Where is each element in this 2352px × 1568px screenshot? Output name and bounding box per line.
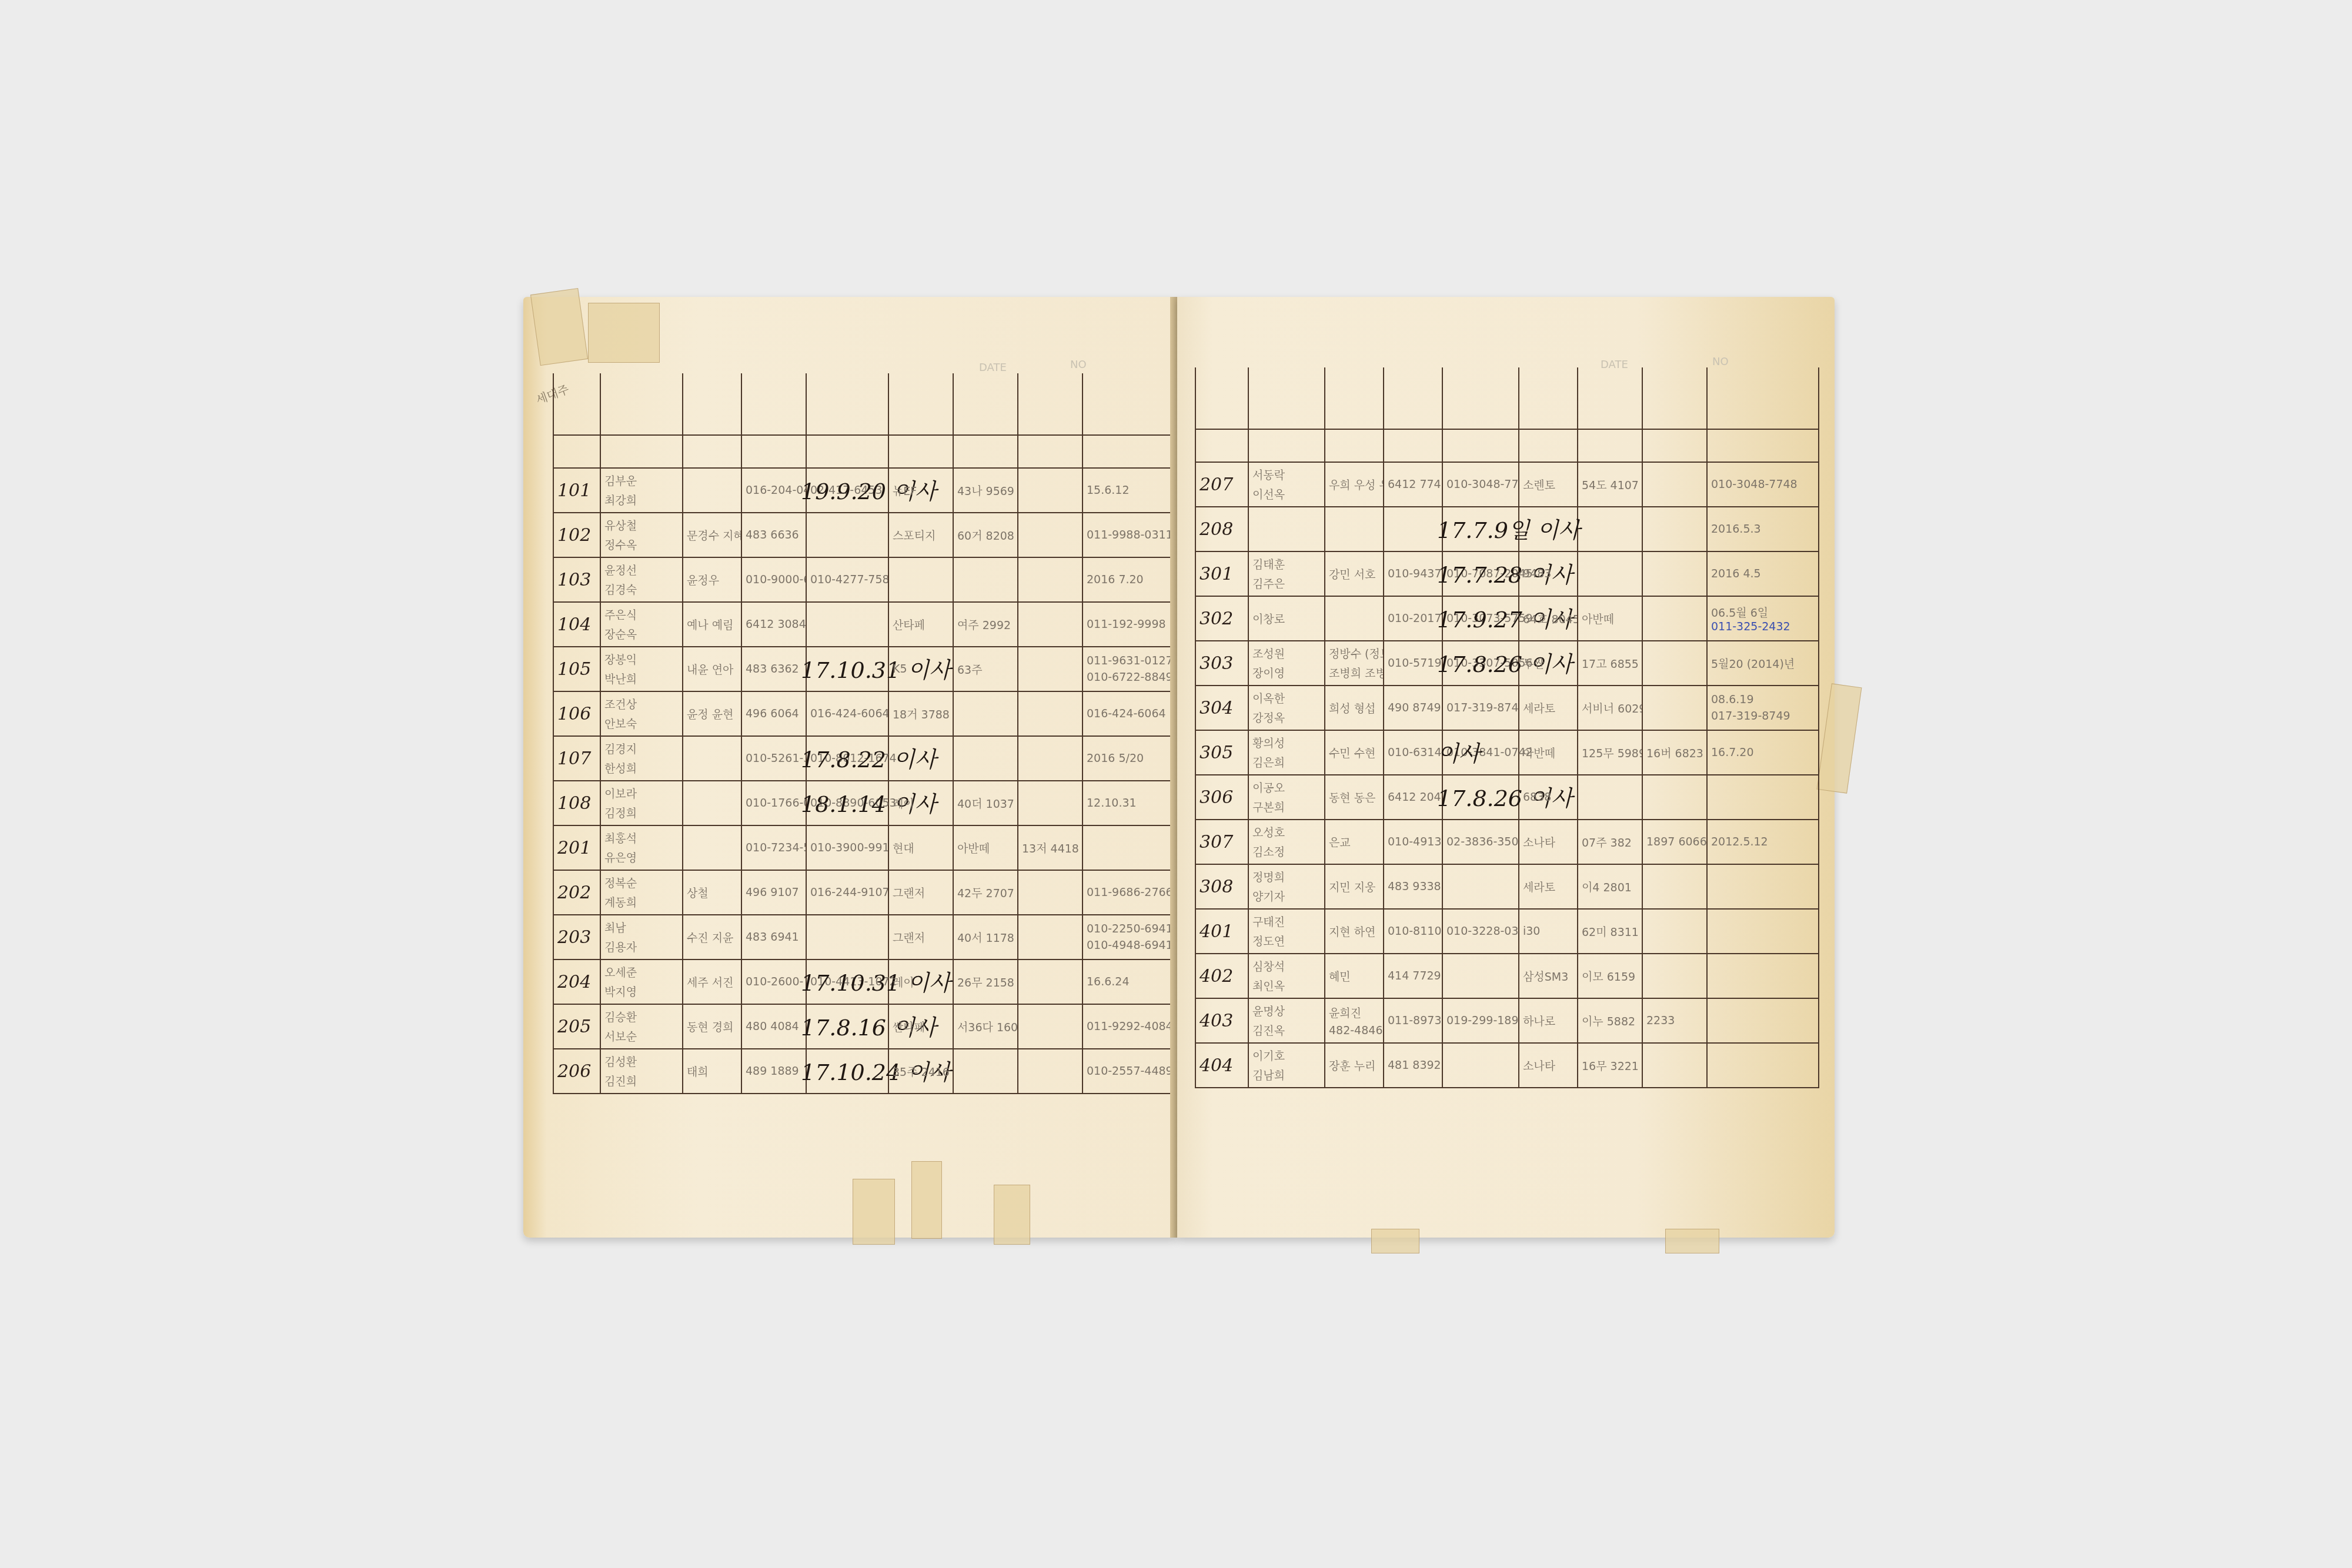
phone-number-2: [806, 513, 888, 557]
resident-names: [1248, 507, 1325, 551]
car-plate-2: [1018, 1049, 1083, 1094]
resident-names: 구태진정도연: [1248, 909, 1325, 954]
table-row: 401구태진정도연지현 하연010-8110-4902010-3228-0361…: [1195, 909, 1819, 954]
car-plate: 40서 1178: [953, 915, 1018, 959]
header-cell: [1642, 429, 1707, 462]
car-model: [888, 557, 953, 602]
phone-number: [1384, 507, 1442, 551]
header-cell: [1325, 429, 1384, 462]
resident-names: 정복순계동희: [600, 870, 683, 915]
unit-number: 207: [1195, 462, 1248, 507]
header-cell: [683, 373, 741, 435]
family-names: 윤정우: [683, 557, 741, 602]
date-or-contact: 08.6.19017-319-8749: [1707, 686, 1819, 730]
family-names: 지현 하연: [1325, 909, 1384, 954]
resident-names: 이보라김정희: [600, 781, 683, 825]
car-model: 세라토: [1519, 686, 1578, 730]
family-names: [683, 468, 741, 513]
printed-no-label: NO: [1712, 356, 1729, 368]
car-plate: 07주 382: [1578, 820, 1642, 864]
table-row: 304이옥한강정옥희성 형섭490 8749017-319-8749세라토서비너…: [1195, 686, 1819, 730]
table-row: 402심창석최인옥혜민414 7729삼성SM3이모 6159: [1195, 954, 1819, 998]
header-cell: [741, 373, 806, 435]
unit-number: 403: [1195, 998, 1248, 1043]
resident-names: 김성환김진희: [600, 1049, 683, 1094]
car-plate: 17고 6855: [1578, 641, 1642, 686]
car-plate: 63주: [953, 647, 1018, 691]
family-names: 윤희진482-4846: [1325, 998, 1384, 1043]
car-plate: 26무 2158 9452: [953, 959, 1018, 1004]
date-or-contact: 2012.5.12: [1707, 820, 1819, 864]
table-row: 207서동락이선옥우희 우성 우석6412 7748010-3048-7748소…: [1195, 462, 1819, 507]
phone-number-2: 02-417-645319.9.20 이사: [806, 468, 888, 513]
unit-number: 105: [553, 647, 600, 691]
car-plate: 이모 6159: [1578, 954, 1642, 998]
car-plate: [953, 1049, 1018, 1094]
resident-names: 이공오구본희: [1248, 775, 1325, 820]
car-plate-2: [1018, 557, 1083, 602]
header-cell: [1519, 429, 1578, 462]
phone-number: 010-4913-2525: [1384, 820, 1442, 864]
phone-number-2: [1442, 954, 1519, 998]
family-names: 예나 예림: [683, 602, 741, 647]
resident-names: 장봉익박난희: [600, 647, 683, 691]
family-names: 수진 지윤: [683, 915, 741, 959]
phone-number: 483 6636: [741, 513, 806, 557]
date-or-contact: 016-424-6064: [1083, 691, 1171, 736]
unit-number: 302: [1195, 596, 1248, 641]
header-cell: [1578, 429, 1642, 462]
table-row: 20817.7.9일 이사2016.5.3: [1195, 507, 1819, 551]
phone-number-2: 017-319-8749: [1442, 686, 1519, 730]
phone-number-2: [806, 602, 888, 647]
tape-strip: [853, 1179, 895, 1245]
car-plate-2: [1018, 647, 1083, 691]
tape-strip: [1665, 1229, 1719, 1253]
phone-number-2: 010-3900-9915: [806, 825, 888, 870]
car-plate-2: [1018, 691, 1083, 736]
phone-number: 010-2600-7101: [741, 959, 806, 1004]
car-model: i30: [1519, 909, 1578, 954]
phone-number: 010-9000-6066: [741, 557, 806, 602]
header-cell: [806, 373, 888, 435]
resident-names: 오성호김소정: [1248, 820, 1325, 864]
car-model: 그랜저: [888, 870, 953, 915]
resident-names: 유상철정수옥: [600, 513, 683, 557]
car-model: K5: [888, 647, 953, 691]
phone-number: 483 6362: [741, 647, 806, 691]
car-plate-2: [1018, 602, 1083, 647]
resident-names: 주은식장순옥: [600, 602, 683, 647]
tape-strip: [588, 303, 660, 363]
family-names: [683, 781, 741, 825]
car-model: 삼성SM3: [1519, 954, 1578, 998]
car-model: 현대: [888, 825, 953, 870]
car-model: 아반떼: [1519, 730, 1578, 775]
phone-number-2: 010-4413-107217.10.31 이사: [806, 959, 888, 1004]
header-cell: [1384, 367, 1442, 429]
header-cell: [553, 435, 600, 468]
resident-names: 오세준박지영: [600, 959, 683, 1004]
car-plate: 아반떼: [953, 825, 1018, 870]
date-or-contact: 2016 5/20: [1083, 736, 1171, 781]
car-plate-2: [1018, 1004, 1083, 1049]
family-names: 장훈 누리: [1325, 1043, 1384, 1088]
phone-number-2: 02-3836-3507: [1442, 820, 1519, 864]
unit-number: 201: [553, 825, 600, 870]
header-cell: [1195, 367, 1248, 429]
car-model: 소렌토: [1519, 462, 1578, 507]
date-or-contact: 011-9631-0127010-6722-8849: [1083, 647, 1171, 691]
header-cell: [741, 435, 806, 468]
resident-names: 황의성김은희: [1248, 730, 1325, 775]
phone-number: 483 9338: [1384, 864, 1442, 909]
car-plate-2: [1642, 909, 1707, 954]
phone-number-2: 010-3048-7748: [1442, 462, 1519, 507]
table-row: 403윤명상김진옥윤희진482-4846011-8973-4849019-299…: [1195, 998, 1819, 1043]
header-cell: [953, 373, 1018, 435]
phone-number-2: [1442, 864, 1519, 909]
table-row: 206김성환김진희태희489 188917.10.24 이사35주 241601…: [553, 1049, 1171, 1094]
header-cell: [1519, 367, 1578, 429]
resident-names: 최남김용자: [600, 915, 683, 959]
table-row: 104주은식장순옥예나 예림6412 3084산타페여주 2992011-192…: [553, 602, 1171, 647]
resident-names: 서동락이선옥: [1248, 462, 1325, 507]
unit-number: 306: [1195, 775, 1248, 820]
header-cell: [1325, 367, 1384, 429]
family-names: 동현 경희: [683, 1004, 741, 1049]
phone-number-2: 17.8.26 이사: [1442, 775, 1519, 820]
unit-number: 304: [1195, 686, 1248, 730]
tape-strip: [911, 1161, 942, 1239]
phone-number: 414 7729: [1384, 954, 1442, 998]
car-plate-2: [1642, 1043, 1707, 1088]
date-or-contact: [1707, 998, 1819, 1043]
tape-strip: [530, 288, 588, 366]
phone-number-2: 17.10.24 이사: [806, 1049, 888, 1094]
header-cell: [953, 435, 1018, 468]
phone-number: 010-5719-0303: [1384, 641, 1442, 686]
phone-number-2: 010-3228-0361: [1442, 909, 1519, 954]
car-plate-2: [1018, 959, 1083, 1004]
car-plate: 여주 2992: [953, 602, 1018, 647]
date-or-contact: [1707, 954, 1819, 998]
left-ledger-table: 101김부운최강희016-204-041802-417-645319.9.20 …: [553, 373, 1171, 1094]
resident-names: 이창로: [1248, 596, 1325, 641]
car-model: 6838: [1519, 775, 1578, 820]
printed-date-label: DATE: [979, 362, 1007, 374]
header-cell: [1707, 367, 1819, 429]
phone-number-2: 010-8012-167417.8.22 이사: [806, 736, 888, 781]
car-plate-2: [1642, 686, 1707, 730]
header-cell: [1083, 435, 1171, 468]
header-cell: [888, 373, 953, 435]
car-plate-2: [1642, 551, 1707, 596]
family-names: [1325, 596, 1384, 641]
car-plate: 62미 8311: [1578, 909, 1642, 954]
family-names: 정방수 (정보)조병희 조병화: [1325, 641, 1384, 686]
family-names: 동현 동은: [1325, 775, 1384, 820]
table-row: 205김승환서보순동현 경희480 408417.8.16 이사싼타페서36다 …: [553, 1004, 1171, 1049]
unit-number: 206: [553, 1049, 600, 1094]
phone-number-2: 17.8.16 이사: [806, 1004, 888, 1049]
table-row: 105장봉익박난희내윤 연아483 636217.10.31 이사K563주01…: [553, 647, 1171, 691]
table-row: 101김부운최강희016-204-041802-417-645319.9.20 …: [553, 468, 1171, 513]
resident-names: 김경지한성희: [600, 736, 683, 781]
header-cell: [1578, 367, 1642, 429]
phone-number: 480 4084: [741, 1004, 806, 1049]
unit-number: 101: [553, 468, 600, 513]
car-plate-2: 13저 4418: [1018, 825, 1083, 870]
car-plate: 54도 4107: [1578, 462, 1642, 507]
table-row: 308정명희양기자지민 지웅483 9338세라토이4 2801: [1195, 864, 1819, 909]
car-plate: 40더 1037: [953, 781, 1018, 825]
car-model: 싼타페: [888, 1004, 953, 1049]
phone-number: 496 6064: [741, 691, 806, 736]
car-model: 64호 8045: [1519, 596, 1578, 641]
family-names: 윤정 윤현: [683, 691, 741, 736]
car-model: 18거 3788: [888, 691, 953, 736]
date-or-contact: 12.10.31: [1083, 781, 1171, 825]
car-model: [888, 736, 953, 781]
family-names: 수민 수현: [1325, 730, 1384, 775]
table-row: 301김태훈김주은강민 서호010-9437-9854010-7087-2045…: [1195, 551, 1819, 596]
car-plate-2: [1642, 864, 1707, 909]
header-cell: [600, 373, 683, 435]
phone-number-2: 010-8890-605318.1.14 이사: [806, 781, 888, 825]
date-or-contact: 5월20 (2014)년: [1707, 641, 1819, 686]
header-cell: [1642, 367, 1707, 429]
date-or-contact: [1707, 775, 1819, 820]
date-or-contact: 2016 7.20: [1083, 557, 1171, 602]
car-plate-2: 2233: [1642, 998, 1707, 1043]
unit-number: 102: [553, 513, 600, 557]
date-or-contact: [1707, 909, 1819, 954]
phone-number: 011-8973-4849: [1384, 998, 1442, 1043]
car-model: 투싼: [1519, 641, 1578, 686]
header-cell: [1442, 367, 1519, 429]
table-row: 204오세준박지영세주 서진010-2600-7101010-4413-1072…: [553, 959, 1171, 1004]
phone-number: 496 9107: [741, 870, 806, 915]
header-cell: [806, 435, 888, 468]
unit-number: 402: [1195, 954, 1248, 998]
phone-number: 481 8392: [1384, 1043, 1442, 1088]
family-names: 상철: [683, 870, 741, 915]
unit-number: 203: [553, 915, 600, 959]
table-row: 201최홍석유은영010-7234-5514010-3900-9915현대아반떼…: [553, 825, 1171, 870]
table-row: 302이창로010-2017-4633010-3073-575917.9.27 …: [1195, 596, 1819, 641]
resident-names: 김부운최강희: [600, 468, 683, 513]
resident-names: 이기호김남희: [1248, 1043, 1325, 1088]
date-or-contact: 011-9292-4084: [1083, 1004, 1171, 1049]
unit-number: 404: [1195, 1043, 1248, 1088]
unit-number: 104: [553, 602, 600, 647]
car-plate-2: [1018, 513, 1083, 557]
family-names: 세주 서진: [683, 959, 741, 1004]
header-cell: [683, 435, 741, 468]
header-cell: [1384, 429, 1442, 462]
unit-number: 308: [1195, 864, 1248, 909]
header-cell: [1018, 373, 1083, 435]
car-model: 소나타: [1519, 1043, 1578, 1088]
car-plate: 이4 2801: [1578, 864, 1642, 909]
car-plate-2: [1642, 954, 1707, 998]
car-plate: [953, 557, 1018, 602]
header-cell: [1707, 429, 1819, 462]
table-row: 306이공오구본희동현 동은6412 204117.8.26 이사6838: [1195, 775, 1819, 820]
resident-names: 조건상안보숙: [600, 691, 683, 736]
car-plate: [1578, 507, 1642, 551]
table-row: 102유상철정수옥문경수 지혜 지은483 6636스포티지60거 820801…: [553, 513, 1171, 557]
table-row: 202정복순계동희상철496 9107016-244-9107그랜저42두 27…: [553, 870, 1171, 915]
unit-number: 303: [1195, 641, 1248, 686]
resident-names: 김승환서보순: [600, 1004, 683, 1049]
phone-number: 010-6314-0738: [1384, 730, 1442, 775]
car-plate: 16무 3221: [1578, 1043, 1642, 1088]
family-names: [683, 825, 741, 870]
phone-number: 010-2017-4633: [1384, 596, 1442, 641]
phone-number: 010-1766-0053: [741, 781, 806, 825]
car-plate: 서36다 1600 8361: [953, 1004, 1018, 1049]
date-or-contact: [1083, 825, 1171, 870]
table-row: 203최남김용자수진 지윤483 6941그랜저40서 1178010-2250…: [553, 915, 1171, 959]
table-row: 305황의성김은희수민 수현010-6314-0738010-3841-0742…: [1195, 730, 1819, 775]
header-cell: [553, 373, 600, 435]
car-plate: 이누 5882: [1578, 998, 1642, 1043]
car-plate-2: [1642, 641, 1707, 686]
header-cell: [1248, 367, 1325, 429]
header-cell: [600, 435, 683, 468]
phone-number: 016-204-0418: [741, 468, 806, 513]
car-plate-2: [1018, 736, 1083, 781]
header-cell: [1442, 429, 1519, 462]
table-row: 303조성원장이영정방수 (정보)조병희 조병화010-5719-0303010…: [1195, 641, 1819, 686]
phone-number-2: 010-3073-575917.9.27 이사: [1442, 596, 1519, 641]
date-or-contact: [1707, 1043, 1819, 1088]
phone-number-2: 010-3307-505617.8.26 이사: [1442, 641, 1519, 686]
car-model: 세라토: [1519, 864, 1578, 909]
table-row: 108이보라김정희010-1766-0053010-8890-605318.1.…: [553, 781, 1171, 825]
unit-number: 401: [1195, 909, 1248, 954]
phone-number: 010-7234-5514: [741, 825, 806, 870]
car-plate: 아반떼: [1578, 596, 1642, 641]
car-model: 35주 2416: [888, 1049, 953, 1094]
date-or-contact: 2016.5.3: [1707, 507, 1819, 551]
table-row: 106조건상안보숙윤정 윤현496 6064016-424-606418거 37…: [553, 691, 1171, 736]
date-or-contact: 010-3048-7748: [1707, 462, 1819, 507]
header-cell: [1018, 435, 1083, 468]
car-model: 레이: [888, 781, 953, 825]
car-plate: 42두 2707: [953, 870, 1018, 915]
date-or-contact: 011-9988-0311: [1083, 513, 1171, 557]
unit-number: 204: [553, 959, 600, 1004]
date-or-contact: 06.5월 6일011-325-2432: [1707, 596, 1819, 641]
family-names: 은교: [1325, 820, 1384, 864]
phone-number-2: [806, 915, 888, 959]
car-plate-2: [1642, 775, 1707, 820]
car-plate: [953, 691, 1018, 736]
car-plate-2: [1018, 915, 1083, 959]
car-model: 하나로: [1519, 998, 1578, 1043]
printed-no-label: NO: [1070, 359, 1087, 371]
unit-number: 202: [553, 870, 600, 915]
date-or-contact: 010-2250-6941010-4948-6941: [1083, 915, 1171, 959]
family-names: 희성 형섭: [1325, 686, 1384, 730]
phone-number: 010-9437-9854: [1384, 551, 1442, 596]
date-or-contact: 011-9686-2766: [1083, 870, 1171, 915]
table-row: 404이기호김남희장훈 누리481 8392소나타16무 3221: [1195, 1043, 1819, 1088]
unit-number: 307: [1195, 820, 1248, 864]
tape-strip: [994, 1185, 1030, 1245]
unit-number: 108: [553, 781, 600, 825]
family-names: [1325, 507, 1384, 551]
family-names: 내윤 연아: [683, 647, 741, 691]
car-plate: 43나 9569: [953, 468, 1018, 513]
resident-names: 심창석최인옥: [1248, 954, 1325, 998]
car-plate: [1578, 775, 1642, 820]
header-cell: [888, 435, 953, 468]
unit-number: 208: [1195, 507, 1248, 551]
car-plate-2: 16버 6823: [1642, 730, 1707, 775]
open-notebook: DATE NO 세대주 101김부운최강희016-204-041802-417-…: [523, 297, 1835, 1238]
car-plate: 서비너 6029: [1578, 686, 1642, 730]
table-row: 307오성호김소정은교010-4913-252502-3836-3507소나타0…: [1195, 820, 1819, 864]
phone-number: 010-8110-4902: [1384, 909, 1442, 954]
car-plate: [1578, 551, 1642, 596]
date-or-contact: 010-2557-4489: [1083, 1049, 1171, 1094]
move-out-note: 이사: [1437, 735, 1480, 768]
family-names: 문경수 지혜 지은: [683, 513, 741, 557]
car-plate-2: [1642, 462, 1707, 507]
phone-number-2: 016-244-9107: [806, 870, 888, 915]
resident-names: 이옥한강정옥: [1248, 686, 1325, 730]
unit-number: 106: [553, 691, 600, 736]
car-plate: 60거 8208: [953, 513, 1018, 557]
date-or-contact: 011-192-9998: [1083, 602, 1171, 647]
phone-number-2: 17.10.31 이사: [806, 647, 888, 691]
unit-number: 107: [553, 736, 600, 781]
phone-number-2: 016-424-6064: [806, 691, 888, 736]
table-row: 103윤정선김경숙윤정우010-9000-6066010-4277-758820…: [553, 557, 1171, 602]
phone-number-2: 17.7.9일 이사: [1442, 507, 1519, 551]
car-model: 9483: [1519, 551, 1578, 596]
car-model: [1519, 507, 1578, 551]
unit-number: 301: [1195, 551, 1248, 596]
family-names: 태희: [683, 1049, 741, 1094]
car-plate: [953, 736, 1018, 781]
left-page: DATE NO 세대주 101김부운최강희016-204-041802-417-…: [523, 297, 1176, 1238]
phone-number-2: 010-4277-7588: [806, 557, 888, 602]
car-plate-2: [1018, 870, 1083, 915]
header-cell: [1195, 429, 1248, 462]
car-plate-2: [1642, 596, 1707, 641]
phone-number: 483 6941: [741, 915, 806, 959]
family-names: 혜민: [1325, 954, 1384, 998]
right-ledger-table: 207서동락이선옥우희 우성 우석6412 7748010-3048-7748소…: [1195, 367, 1819, 1088]
car-plate-2: [1018, 781, 1083, 825]
unit-number: 205: [553, 1004, 600, 1049]
car-plate-2: [1642, 507, 1707, 551]
resident-names: 정명희양기자: [1248, 864, 1325, 909]
phone-number: 6412 2041: [1384, 775, 1442, 820]
date-or-contact: 16.6.24: [1083, 959, 1171, 1004]
resident-names: 윤정선김경숙: [600, 557, 683, 602]
phone-number: 490 8749: [1384, 686, 1442, 730]
blue-ink-phone: 011-325-2432: [1711, 620, 1815, 633]
car-plate: 125무 5989: [1578, 730, 1642, 775]
car-model: 그랜저: [888, 915, 953, 959]
car-model: 레이: [888, 959, 953, 1004]
